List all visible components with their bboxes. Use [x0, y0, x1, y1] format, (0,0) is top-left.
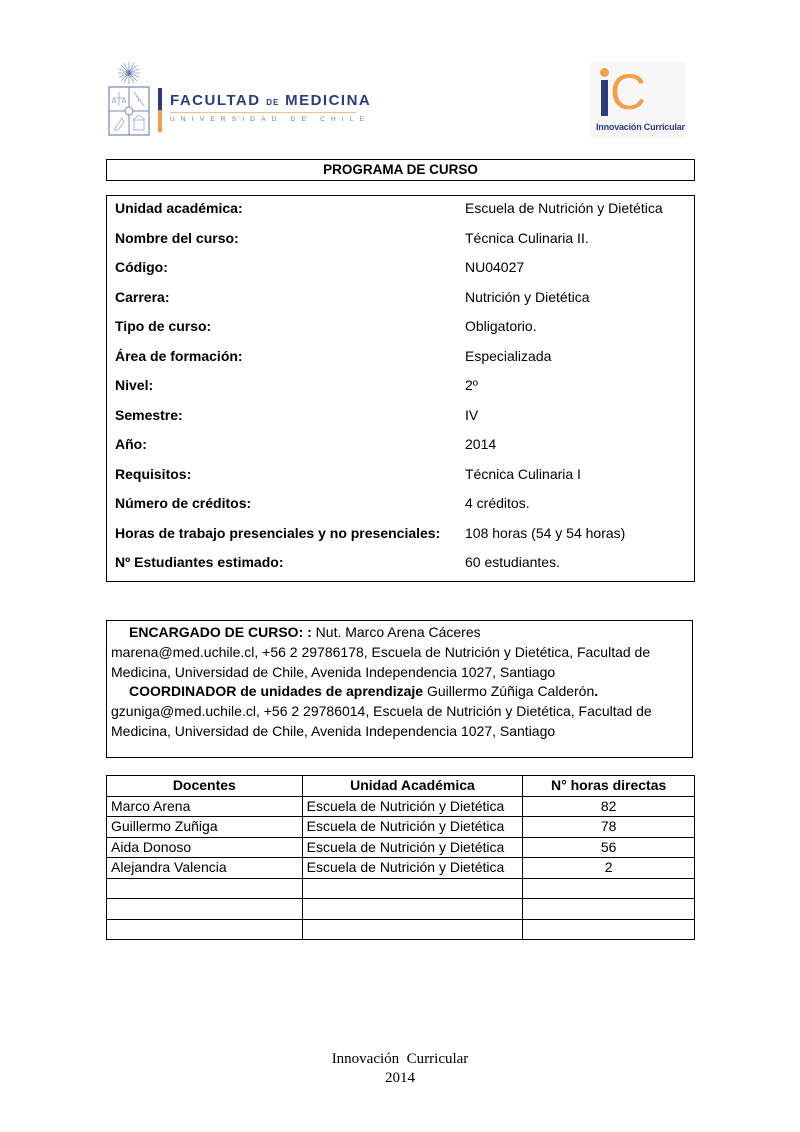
info-value: Nutrición y Dietética — [465, 287, 590, 307]
teacher-hours: 78 — [523, 817, 695, 838]
info-row-tipo: Tipo de curso:Obligatorio. — [115, 316, 686, 336]
empty-cell — [523, 919, 695, 940]
encargado-name: Nut. Marco Arena Cáceres — [312, 624, 481, 640]
ic-caption: Innovación Curricular — [596, 122, 685, 132]
coordinador-address: Medicina, Universidad de Chile, Avenida … — [111, 722, 688, 742]
course-info-box: Unidad académica:Escuela de Nutrición y … — [106, 195, 695, 582]
table-row-empty — [107, 899, 695, 920]
encargado-line: ENCARGADO DE CURSO: : Nut. Marco Arena C… — [111, 623, 688, 643]
coordinador-label: COORDINADOR de unidades de aprendizaje — [129, 683, 423, 699]
info-value: 108 horas (54 y 54 horas) — [465, 523, 625, 543]
facultad-medicina-logo: FACULTAD DE MEDICINA UNIVERSIDAD DE CHIL… — [106, 62, 356, 138]
logo-color-bar — [158, 88, 162, 132]
info-value: IV — [465, 405, 478, 425]
table-row: Alejandra ValenciaEscuela de Nutrición y… — [107, 858, 695, 879]
info-row-requisitos: Requisitos:Técnica Culinaria I — [115, 464, 686, 484]
teacher-name: Aida Donoso — [107, 837, 303, 858]
empty-cell — [302, 878, 523, 899]
table-row: Aida DonosoEscuela de Nutrición y Dietét… — [107, 837, 695, 858]
university-crest-icon — [106, 62, 152, 138]
info-value: 2º — [465, 375, 478, 395]
info-label: Año: — [115, 434, 147, 454]
course-contacts-box: ENCARGADO DE CURSO: : Nut. Marco Arena C… — [106, 620, 693, 758]
teacher-name: Alejandra Valencia — [107, 858, 303, 879]
info-label: Nivel: — [115, 375, 153, 395]
coordinador-dot: . — [594, 683, 598, 699]
column-header-docentes: Docentes — [107, 776, 303, 797]
document-title: PROGRAMA DE CURSO — [106, 159, 695, 181]
table-row-empty — [107, 878, 695, 899]
coordinador-line: COORDINADOR de unidades de aprendizaje G… — [111, 682, 688, 702]
ic-i-dot-icon — [600, 68, 609, 77]
page-footer: Innovación Curricular 2014 — [0, 1050, 800, 1088]
table-row-empty — [107, 919, 695, 940]
info-row-nombre: Nombre del curso:Técnica Culinaria II. — [115, 228, 686, 248]
empty-cell — [302, 919, 523, 940]
info-row-horas: Horas de trabajo presenciales y no prese… — [115, 523, 686, 543]
encargado-label: ENCARGADO DE CURSO: : — [129, 624, 312, 640]
info-label: Horas de trabajo presenciales y no prese… — [115, 523, 440, 543]
teacher-name: Guillermo Zuñiga — [107, 817, 303, 838]
info-value: 60 estudiantes. — [465, 552, 560, 572]
info-label: Requisitos: — [115, 464, 191, 484]
info-row-unidad: Unidad académica:Escuela de Nutrición y … — [115, 198, 686, 218]
encargado-address: Medicina, Universidad de Chile, Avenida … — [111, 663, 688, 683]
teacher-unit: Escuela de Nutrición y Dietética — [302, 837, 523, 858]
teacher-name: Marco Arena — [107, 796, 303, 817]
ic-i-stem-icon — [601, 80, 608, 116]
info-value: Técnica Culinaria II. — [465, 228, 589, 248]
info-label: Unidad académica: — [115, 198, 243, 218]
info-row-semestre: Semestre:IV — [115, 405, 686, 425]
info-row-codigo: Código:NU04027 — [115, 257, 686, 277]
faculty-name: FACULTAD DE MEDICINA — [170, 92, 371, 109]
info-row-area: Área de formación:Especializada — [115, 346, 686, 366]
info-row-carrera: Carrera:Nutrición y Dietética — [115, 287, 686, 307]
empty-cell — [107, 878, 303, 899]
info-label: Código: — [115, 257, 168, 277]
empty-cell — [302, 899, 523, 920]
info-row-nivel: Nivel:2º — [115, 375, 686, 395]
footer-line-2: 2014 — [0, 1069, 800, 1088]
teachers-table: Docentes Unidad Académica N° horas direc… — [106, 775, 695, 940]
ic-letter-c: C — [610, 66, 646, 118]
teacher-unit: Escuela de Nutrición y Dietética — [302, 858, 523, 879]
teacher-unit: Escuela de Nutrición y Dietética — [302, 817, 523, 838]
info-value: NU04027 — [465, 257, 524, 277]
empty-cell — [107, 919, 303, 940]
info-label: Nombre del curso: — [115, 228, 239, 248]
table-row: Marco ArenaEscuela de Nutrición y Dietét… — [107, 796, 695, 817]
table-row: Guillermo ZuñigaEscuela de Nutrición y D… — [107, 817, 695, 838]
info-value: Obligatorio. — [465, 316, 537, 336]
info-value: Especializada — [465, 346, 551, 366]
encargado-contact: marena@med.uchile.cl, +56 2 29786178, Es… — [111, 643, 688, 663]
empty-cell — [107, 899, 303, 920]
info-row-anio: Año:2014 — [115, 434, 686, 454]
info-value: Escuela de Nutrición y Dietética — [465, 198, 663, 218]
info-label: Área de formación: — [115, 346, 243, 366]
footer-line-1: Innovación Curricular — [0, 1050, 800, 1069]
info-label: Número de créditos: — [115, 493, 251, 513]
info-row-creditos: Número de créditos:4 créditos. — [115, 493, 686, 513]
info-label: Semestre: — [115, 405, 183, 425]
info-value: 4 créditos. — [465, 493, 530, 513]
column-header-horas: N° horas directas — [523, 776, 695, 797]
teacher-hours: 56 — [523, 837, 695, 858]
info-label: Carrera: — [115, 287, 169, 307]
university-name: UNIVERSIDAD DE CHILE — [170, 116, 370, 123]
coordinador-contact: gzuniga@med.uchile.cl, +56 2 29786014, E… — [111, 702, 688, 722]
teacher-hours: 82 — [523, 796, 695, 817]
table-header-row: Docentes Unidad Académica N° horas direc… — [107, 776, 695, 797]
info-label: Nº Estudiantes estimado: — [115, 552, 283, 572]
info-value: 2014 — [465, 434, 496, 454]
innovacion-curricular-logo: C Innovación Curricular — [590, 62, 686, 138]
empty-cell — [523, 899, 695, 920]
info-row-estudiantes: Nº Estudiantes estimado:60 estudiantes. — [115, 552, 686, 572]
logo-rule — [170, 112, 356, 113]
info-value: Técnica Culinaria I — [465, 464, 581, 484]
coordinador-name: Guillermo Zúñiga Calderón — [423, 683, 594, 699]
empty-cell — [523, 878, 695, 899]
info-label: Tipo de curso: — [115, 316, 211, 336]
teacher-unit: Escuela de Nutrición y Dietética — [302, 796, 523, 817]
column-header-unidad: Unidad Académica — [302, 776, 523, 797]
teacher-hours: 2 — [523, 858, 695, 879]
